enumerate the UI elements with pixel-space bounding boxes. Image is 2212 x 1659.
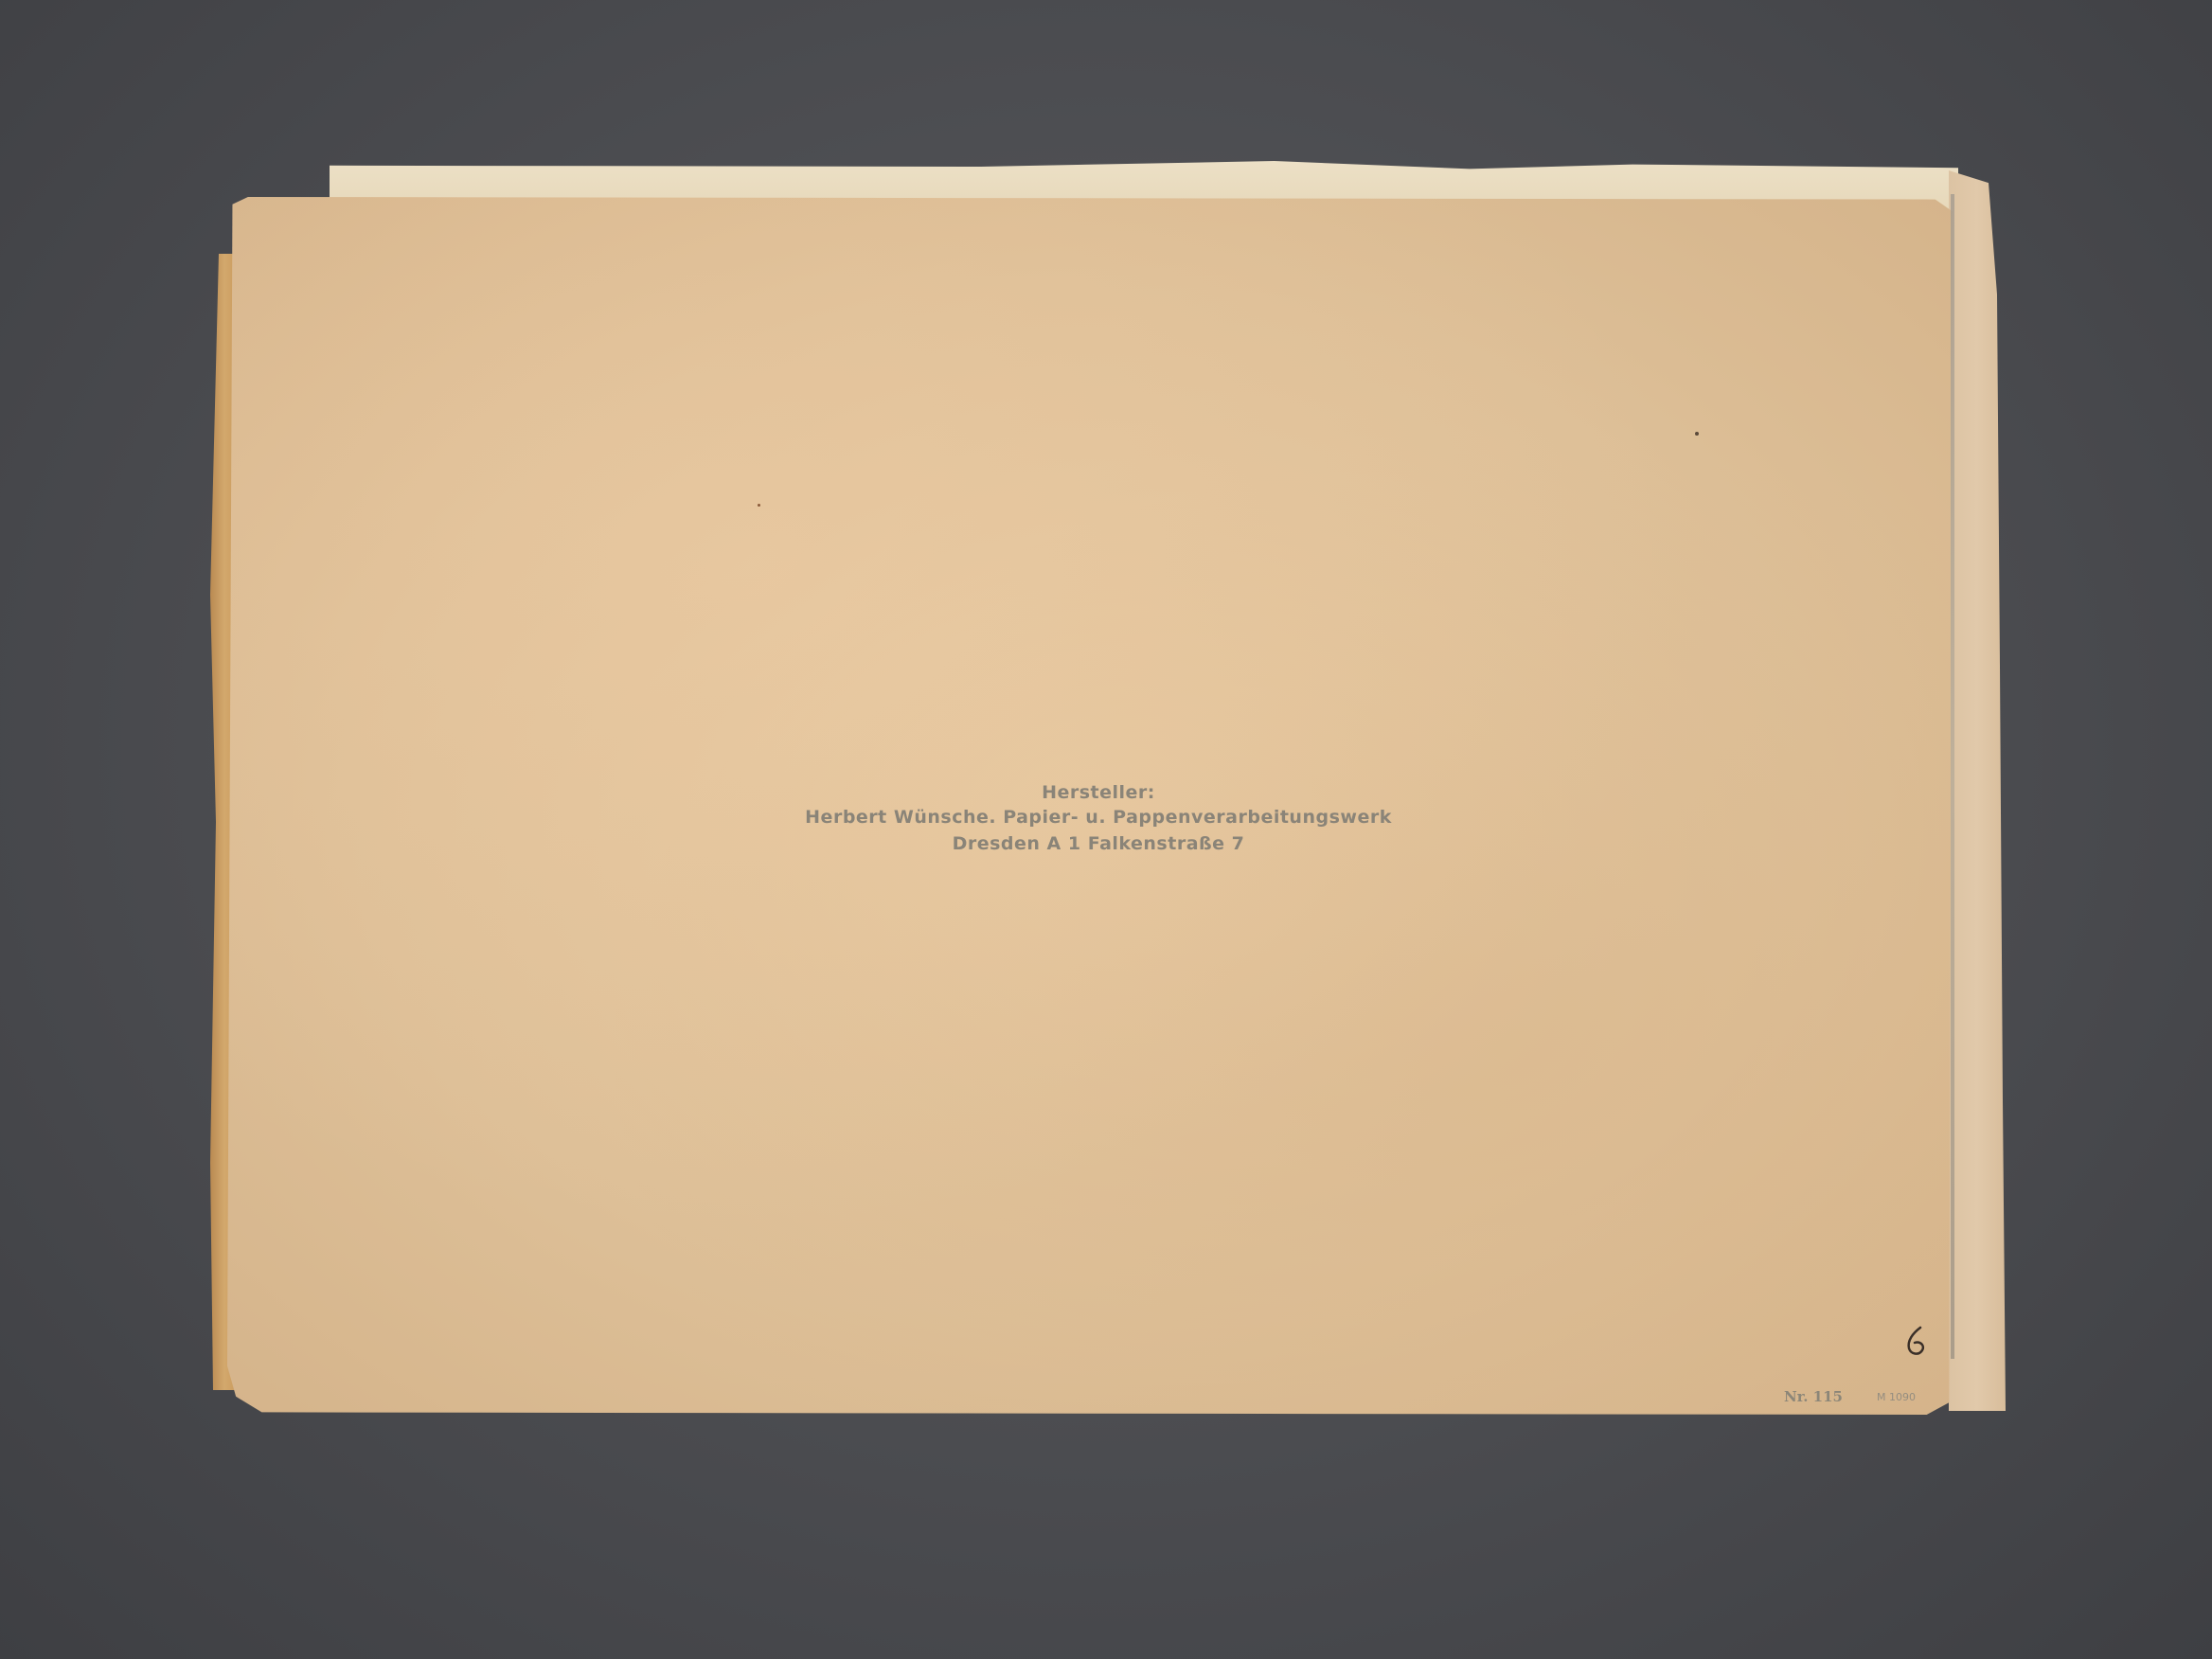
right-crease-line <box>1951 194 1954 1359</box>
manufacturer-address: Dresden A 1 Falkenstraße 7 <box>795 833 1401 854</box>
catalog-code: M 1090 <box>1877 1391 1916 1403</box>
catalog-number: Nr. 115 <box>1784 1388 1843 1405</box>
pencil-mark-icon <box>1903 1326 1932 1358</box>
manufacturer-company: Herbert Wünsche. Papier- u. Pappenverarb… <box>776 807 1420 828</box>
paper-speck <box>758 504 760 507</box>
right-folded-flap <box>1949 170 2006 1411</box>
paper-cover <box>227 197 1953 1415</box>
paper-speck <box>1695 432 1699 436</box>
photo-scene: Hersteller: Herbert Wünsche. Papier- u. … <box>0 0 2212 1659</box>
manufacturer-label: Hersteller: <box>795 782 1401 803</box>
